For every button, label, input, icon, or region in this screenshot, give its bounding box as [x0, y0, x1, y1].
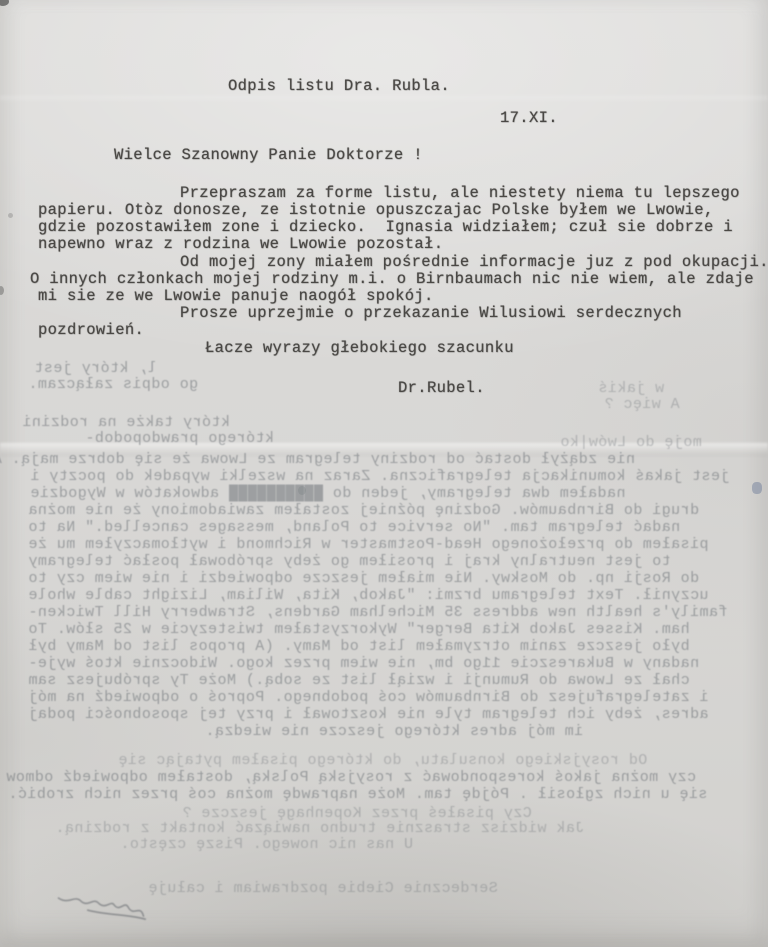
body-line: O innych członkach mojej rodziny m.i. o … — [30, 271, 754, 288]
date: 17.XI. — [500, 110, 558, 127]
body-line: gdzie pozostawiłem zone i dziecko. Ignas… — [38, 219, 733, 236]
body-line: Od mojej zony miałem pośrednie informacj… — [180, 254, 768, 271]
bleedthrough-line: go odpis załączam. — [28, 376, 198, 393]
signature-name: Dr.Rubel. — [398, 380, 485, 397]
bleedthrough-line: było jeszcze zanim otrzymałem list od Ma… — [28, 638, 690, 655]
paper-speck — [298, 486, 306, 495]
bleedthrough-line: czy można jakoś korespondować z rosyjską… — [6, 769, 696, 786]
bleedthrough-line: nadałem dwa telegramy, jeden do ████████… — [30, 485, 625, 502]
bleedthrough-line: i zatelegrafujesz do Birnbaumów coś podo… — [28, 689, 709, 706]
bleedthrough-line: family's health new address 35 Michelham… — [28, 604, 727, 621]
bleedthrough-line: nie zdążył dostać od rodziny telegram ze… — [0, 451, 635, 468]
bleedthrough-line: chał ze Lwowa do Rumunji i wziął list ze… — [28, 672, 690, 689]
body-line: papieru. Otòz donosze, ze istotnie opusz… — [38, 202, 714, 219]
letter-scan-page: Odpis listu Dra. Rubla. 17.XI. Wielce Sz… — [0, 0, 768, 947]
bleedthrough-line: którego prawdopodob- — [85, 430, 274, 447]
body-line: napewno wraz z rodzina we Lwowie pozosta… — [38, 236, 443, 253]
bleedthrough-line: który także na rodzini — [22, 414, 230, 431]
bleedthrough-line: Jak widzisz strasznie trudno nawiązać ko… — [55, 820, 584, 837]
salutation: Wielce Szanowny Panie Doktorze ! — [114, 147, 423, 164]
bleedthrough-line: im mój adres którego jeszcze nie wiedzą. — [205, 723, 583, 740]
paper-sheen — [0, 96, 768, 104]
paper-speck — [8, 213, 13, 218]
bleedthrough-line: nadać telegram tam. "No service to Polan… — [28, 519, 680, 536]
bleedthrough-line: adres, żeby ich telegram tyle nie koszto… — [28, 706, 709, 723]
body-line: Przepraszam za forme listu, ale niestety… — [180, 185, 740, 202]
bleedthrough-line: to jest neutralny kraj i prosiłem go żeb… — [28, 553, 671, 570]
bleedthrough-line: się u nich zgłosił . Pójdę tam. Może nap… — [8, 786, 707, 803]
bleedthrough-line: U nas nic nowego. Piszę często. — [120, 836, 413, 853]
blue-mark — [752, 482, 762, 494]
handwritten-signature-bleedthrough — [51, 890, 149, 925]
bleedthrough-line: w jakiś — [598, 380, 664, 397]
bleedthrough-line: A więc ? — [604, 396, 680, 413]
bleedthrough-line: Od rosyjskiego konsulatu, do którego pis… — [118, 752, 647, 769]
bleedthrough-line: ham. Kisses Jakob Kita Berger" Wykorzyst… — [28, 621, 690, 638]
body-line: pozdrowień. — [38, 322, 144, 339]
bleedthrough-line: Serdecznie Ciebie pozdrawiam i całuję — [148, 880, 498, 897]
closing-line: Łacze wyrazy głebokiego szacunku — [205, 340, 514, 357]
bleedthrough-line: jest jakaś komunikacja telegraficzna. Za… — [30, 468, 729, 485]
bleedthrough-line: do Rosji np. do Moskwy. Nie miałem jeszc… — [28, 570, 699, 587]
bleedthrough-line: pisałem do przełożonego Head-Postmaster … — [28, 536, 709, 553]
bleedthrough-line: nadany w Bukareszcie 11go bm, nie wiem p… — [28, 655, 699, 672]
bleedthrough-line: uczynił. Text telegramu brzmi: "Jakob, K… — [28, 587, 709, 604]
paper-speck — [0, 286, 4, 295]
bleedthrough-line: moję do Lwów|ko — [560, 434, 702, 451]
bleedthrough-line: l, który jest — [34, 360, 157, 377]
body-line: Prosze uprzejmie o przekazanie Wilusiowi… — [180, 305, 682, 322]
bleedthrough-line: drugi do Birnbaumów. Godzinę później zos… — [28, 502, 699, 519]
paper-speck — [0, 0, 9, 6]
body-line: mi sie ze we Lwowie panuje naogół spokój… — [38, 288, 434, 305]
copy-heading: Odpis listu Dra. Rubla. — [228, 78, 450, 95]
